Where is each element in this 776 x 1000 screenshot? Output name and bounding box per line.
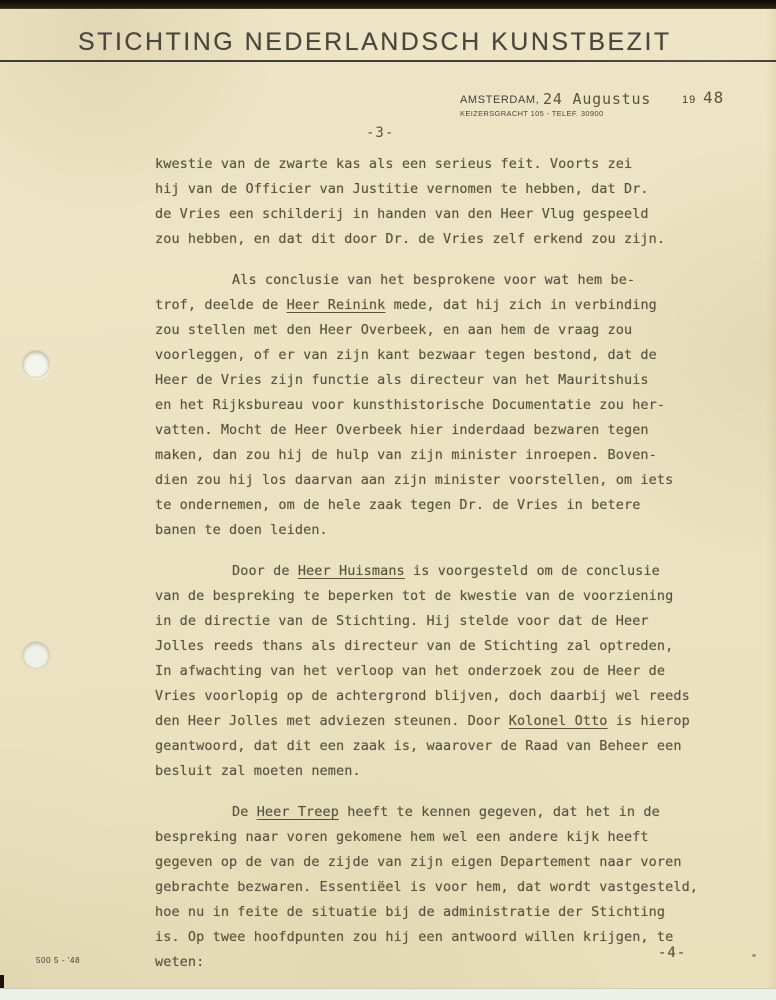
letterhead-title: STICHTING NEDERLANDSCH KUNSTBEZIT (78, 28, 738, 57)
page-number: -3- (366, 125, 394, 141)
scan-edge-mark (0, 975, 4, 989)
hole-punch-top (23, 351, 49, 377)
letterhead-address: KEIZERSGRACHT 105 - TELEF. 30900 (460, 109, 603, 118)
document-body: kwestie van de zwarte kas als een serieu… (155, 152, 715, 991)
footer-print-code: 500 5 - '48 (36, 956, 80, 965)
letterhead-rule (0, 60, 776, 62)
hole-punch-bottom (23, 642, 49, 668)
paragraph: Als conclusie van het besprokene voor wa… (155, 268, 715, 543)
paper-page: STICHTING NEDERLANDSCH KUNSTBEZIT AMSTER… (0, 9, 776, 988)
paragraph: Door de Heer Huismans is voorgesteld om … (155, 559, 715, 784)
paragraph: De Heer Treep heeft te kennen gegeven, d… (155, 800, 715, 975)
scan-speck (752, 954, 756, 957)
dateline-typed-date: 24 Augustus (543, 90, 651, 108)
scan-bottom-strip (0, 988, 776, 1000)
dateline-year-printed: 19 (682, 94, 696, 106)
document-scan: STICHTING NEDERLANDSCH KUNSTBEZIT AMSTER… (0, 0, 776, 1000)
scan-top-edge (0, 0, 776, 9)
next-page-number: -4- (658, 945, 686, 961)
dateline-year-typed: 48 (703, 88, 724, 107)
dateline-city: AMSTERDAM, (460, 94, 539, 106)
paragraph: kwestie van de zwarte kas als een serieu… (155, 152, 715, 252)
